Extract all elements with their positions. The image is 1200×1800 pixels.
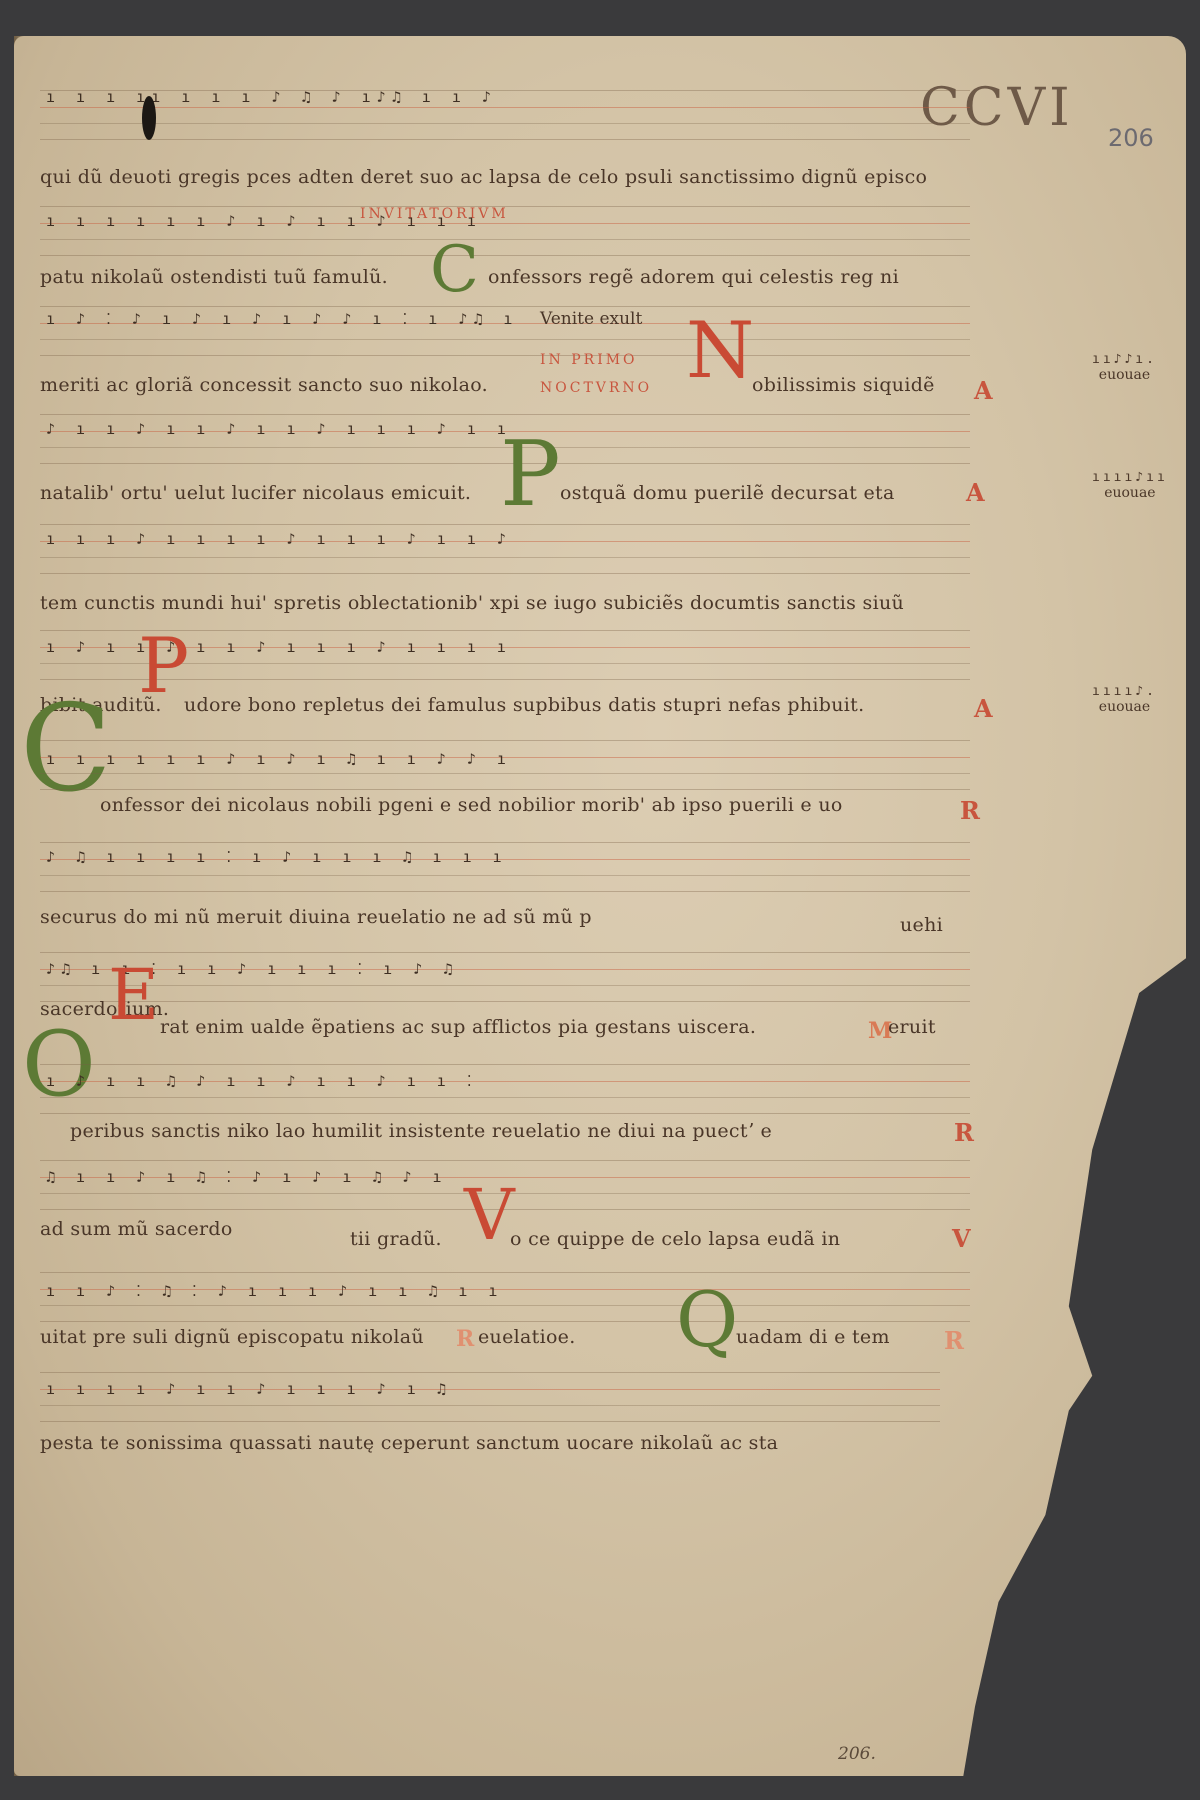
neumes-row: ı ı ı ♪ ı ı ı ı ♪ ı ı ı ♪ ı ı ♪ [46, 530, 512, 548]
text-line: obilissimis siquidẽ [752, 374, 935, 396]
neumes-row: ı ı ı ı ı ı ♪ ı ♪ ı ı ♪ ı ı ı [46, 212, 482, 230]
neumes-row: ♫ ı ı ♪ ı ♫ ⁚ ♪ ı ♪ ı ♫ ♪ ı [46, 1168, 448, 1186]
text-line: uadam di e tem [736, 1326, 890, 1348]
text-line: uehi [900, 914, 943, 936]
rubric-venite: Venite exult [540, 302, 642, 330]
initial-V-red: V [464, 1180, 515, 1250]
initial-C-green: C [430, 238, 479, 302]
rubric-in-primo: IN PRIMO [540, 352, 638, 368]
responsory-cue-R: R [960, 796, 980, 825]
initial-P-red: P [138, 628, 189, 704]
differentia-neumes: ıı♪♪ı. [1092, 352, 1157, 367]
neumes-row: ı ♪ ⁚ ♪ ı ♪ ı ♪ ı ♪ ♪ ı ⁚ ı ♪♫ ı [46, 310, 518, 328]
text-line: peribus sanctis niko lao humilit insiste… [70, 1120, 772, 1142]
neumes-row: ı ♪ ı ı ♫ ♪ ı ı ♪ ı ı ♪ ı ı ⁚ [46, 1072, 478, 1090]
text-line: rat enim ualde ẽpatiens ac sup afflictos… [160, 1016, 756, 1038]
differentia-neumes: ıııı♪ıı [1092, 470, 1168, 485]
neumes-row: ı ı ı ı ♪ ı ı ♪ ı ı ı ♪ ı ♫ [46, 1380, 452, 1398]
text-line: o ce quippe de celo lapsa eudã in [510, 1228, 840, 1250]
text-line: ad sum mũ sacerdo [40, 1218, 233, 1240]
initial-E-red: E [108, 960, 159, 1030]
initial-P-green: P [500, 430, 561, 520]
initial-R-red: R [456, 1326, 474, 1352]
text-line: uitat pre suli dignũ episcopatu nikolaũ [40, 1326, 424, 1348]
neumes-row: ı ı ♪ ⁚ ♫ ⁚ ♪ ı ı ı ♪ ı ı ♫ ı ı [46, 1282, 503, 1300]
differentia-3: ıııı♪. euouae [1092, 684, 1157, 715]
responsory-cue-R: R [954, 1118, 974, 1147]
text-line: ostquã domu puerilẽ decursat eta [560, 482, 895, 504]
differentia-2: ıııı♪ıı euouae [1092, 470, 1168, 501]
parchment-hole [142, 96, 156, 140]
text-line: patu nikolaũ ostendisti tuũ famulũ. [40, 266, 388, 288]
versicle-cue-V: V [952, 1224, 971, 1253]
initial-Q-green: Q [676, 1282, 738, 1358]
neumes-row: ♪ ♫ ı ı ı ı ⁚ ı ♪ ı ı ı ♫ ı ı ı [46, 848, 508, 866]
differentia-text: euouae [1092, 699, 1157, 715]
antiphon-cue-A: A [974, 376, 993, 405]
text-line: natalib' ortu' uelut lucifer nicolaus em… [40, 482, 471, 504]
antiphon-cue-A: A [974, 694, 993, 723]
text-line: onfessors regẽ adorem qui celestis reg n… [488, 266, 899, 288]
differentia-neumes: ıııı♪. [1092, 684, 1157, 699]
text-line: tem cunctis mundi hui' spretis oblectati… [40, 592, 904, 614]
responsory-cue-R: R [944, 1326, 964, 1355]
text-line: euelatioe. [478, 1326, 576, 1348]
differentia-text: euouae [1092, 367, 1157, 383]
folio-arabic-bottom: 206. [838, 1744, 876, 1764]
text-line: udore bono repletus dei famulus supbibus… [184, 694, 864, 716]
differentia-1: ıı♪♪ı. euouae [1092, 352, 1157, 383]
neumes-row: ♪ ı ı ♪ ı ı ♪ ı ı ♪ ı ı ı ♪ ı ı [46, 420, 512, 438]
text-line: qui dũ deuoti gregis pces adten deret su… [40, 166, 927, 188]
neumes-row: ı ı ı ı ı ı ♪ ı ♪ ı ♫ ı ı ♪ ♪ ı [46, 750, 512, 768]
text-line: securus do mi nũ meruit diuina reuelatio… [40, 906, 592, 928]
initial-N-red: N [686, 312, 754, 390]
text-line: tii gradũ. [350, 1228, 442, 1250]
neumes-row: ı ♪ ı ı ♪ ı ı ♪ ı ı ı ♪ ı ı ı ı [46, 638, 512, 656]
text-line: eruit [888, 1016, 936, 1038]
antiphon-cue-A: A [966, 478, 985, 507]
text-line: onfessor dei nicolaus nobili pgeni e sed… [100, 794, 843, 816]
rubric-nocturno: NOCTVRNO [540, 380, 652, 396]
differentia-text: euouae [1092, 485, 1168, 501]
text-line: pesta te sonissima quassati nautę ceperu… [40, 1432, 778, 1454]
neumes-row: ı ı ı ıı ı ı ı ♪ ♫ ♪ ı♪♫ ı ı ♪ [46, 88, 497, 106]
text-line: meriti ac gloriã concessit sancto suo ni… [40, 374, 488, 396]
rubric-venite-text: Venite exult [540, 309, 642, 329]
folio-arabic-top: 206 [1108, 124, 1154, 152]
